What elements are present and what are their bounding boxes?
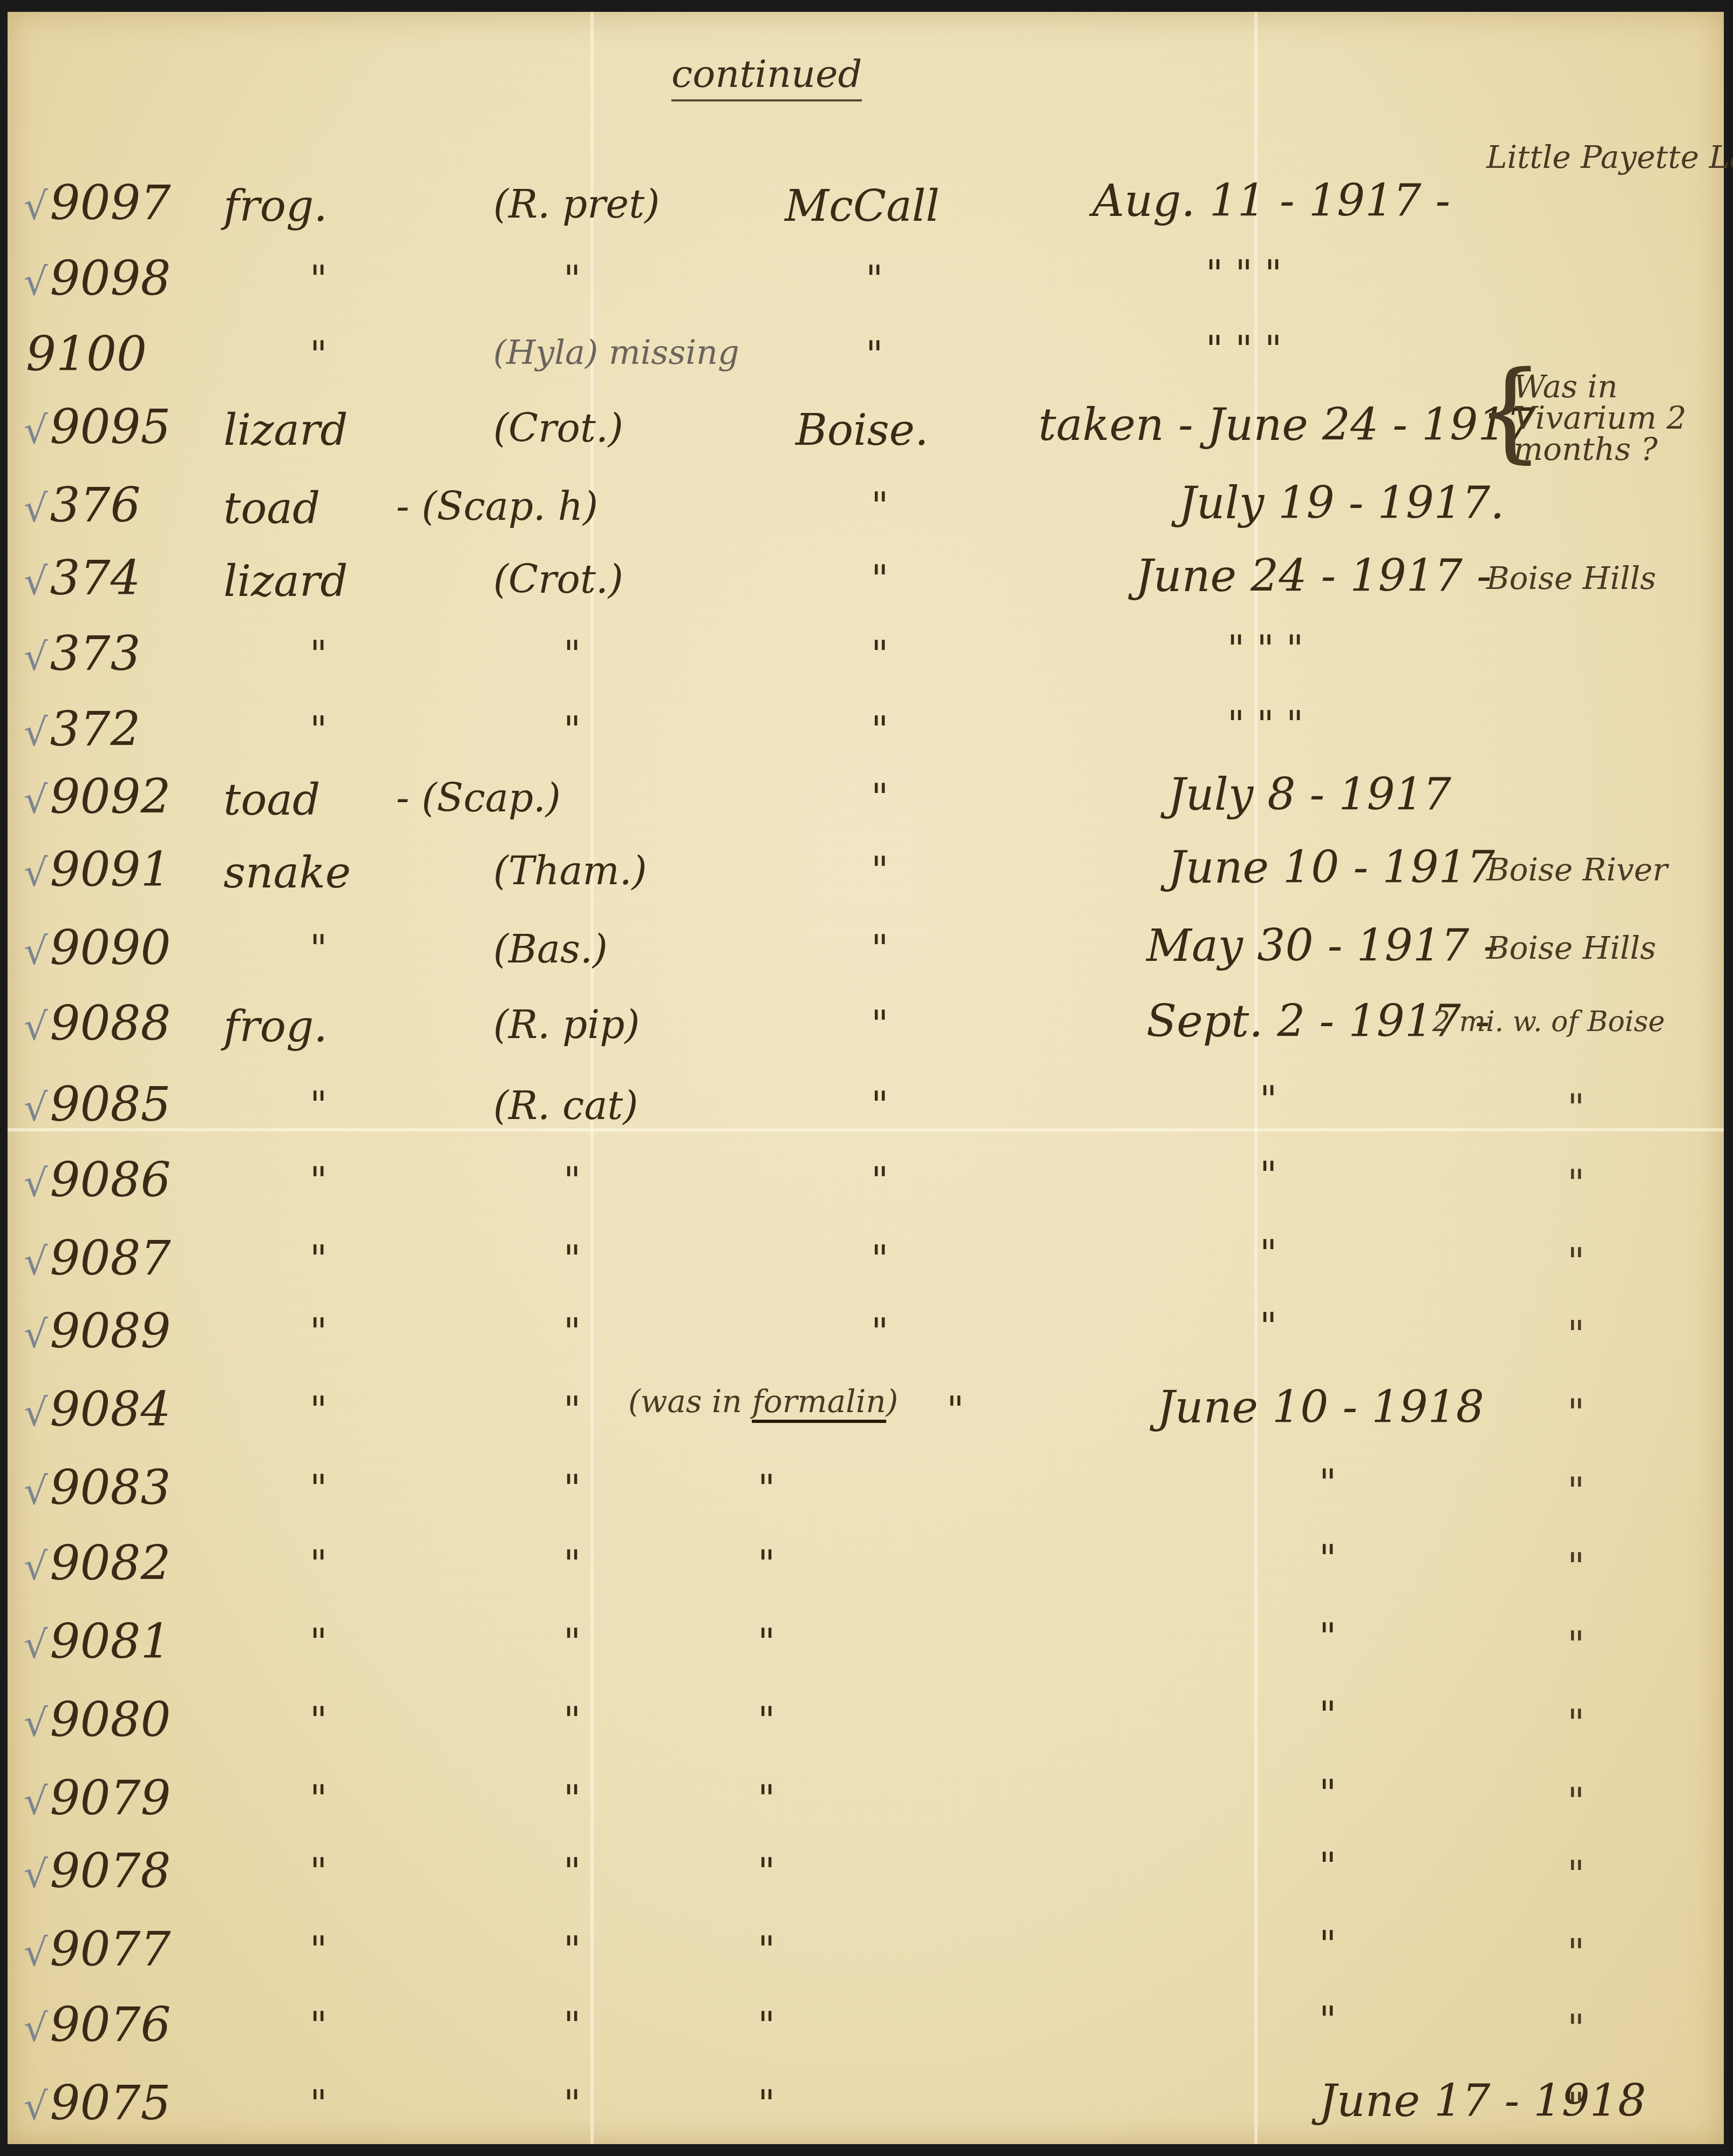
specimen-number: √9097 — [24, 179, 171, 227]
collection-location: McCall — [785, 185, 940, 228]
species-abbrev: " — [563, 1931, 581, 1969]
collection-date: " — [1319, 1618, 1336, 1656]
collection-date: Aug. 11 - 1917 - — [1092, 179, 1450, 223]
specimen-number-text: 9087 — [50, 1230, 171, 1286]
specimen-number-text: 9077 — [50, 1921, 171, 1977]
species-abbrev: (R. pret) — [493, 185, 660, 223]
specimen-number: √9087 — [24, 1235, 171, 1282]
checkmark-icon: √ — [24, 408, 48, 452]
specimen-number-text: 9090 — [50, 920, 171, 975]
collection-location: " — [866, 260, 883, 298]
collection-date: " — [1319, 1464, 1336, 1502]
collection-location: " — [871, 930, 888, 967]
collection-location: " — [871, 487, 888, 525]
collection-location: " — [758, 1780, 775, 1818]
checkmark-icon: √ — [24, 635, 48, 679]
specimen-number: √374 — [24, 554, 141, 602]
specimen-number-text: 372 — [50, 701, 141, 757]
collection-location: Boise. — [796, 409, 928, 452]
collection-date: " " " — [1206, 255, 1282, 293]
specimen-number-text: 9079 — [50, 1770, 171, 1826]
checkmark-icon: √ — [24, 1852, 48, 1896]
specimen-number: √9091 — [24, 846, 171, 893]
animal-type: " — [310, 635, 327, 673]
collection-date: July 8 - 1917 — [1168, 773, 1451, 817]
collection-date: " " " — [1206, 330, 1282, 368]
specimen-number: √9076 — [24, 2001, 171, 2049]
specimen-number: √9092 — [24, 773, 171, 821]
checkmark-icon: √ — [24, 1005, 48, 1049]
collection-date: " — [1260, 1156, 1277, 1194]
specimen-number: √373 — [24, 630, 141, 677]
specimen-number: √9089 — [24, 1307, 171, 1355]
specimen-number-text: 376 — [50, 477, 141, 533]
location-note: " — [1567, 1626, 1585, 1664]
species-abbrev: (Crot.) — [493, 560, 623, 599]
animal-type: " — [310, 1701, 327, 1739]
checkmark-icon: √ — [24, 1779, 48, 1823]
species-abbrev: " — [563, 635, 581, 673]
collection-date: taken - June 24 - 1917 — [1038, 403, 1534, 448]
checkmark-icon: √ — [24, 2084, 48, 2128]
checkmark-icon: √ — [24, 1312, 48, 1357]
collection-date: " " " — [1227, 706, 1303, 743]
collection-date: " — [1319, 1926, 1336, 1963]
specimen-number-text: 9085 — [50, 1076, 171, 1132]
collection-location: " — [871, 1086, 888, 1124]
collection-date: " " " — [1227, 630, 1303, 668]
fold-crease-vertical — [590, 12, 594, 2144]
collection-location: " — [871, 778, 888, 816]
collection-date: " — [1260, 1235, 1277, 1272]
animal-type: toad — [223, 778, 320, 822]
remark-text: (was in — [628, 1383, 752, 1420]
animal-type: toad — [223, 487, 320, 530]
specimen-number-text: 9076 — [50, 1997, 171, 2052]
species-abbrev: " — [563, 260, 581, 298]
collection-location: " — [871, 1240, 888, 1278]
checkmark-icon: √ — [24, 1391, 48, 1435]
specimen-number: √9081 — [24, 1618, 171, 1665]
specimen-number-text: 373 — [50, 626, 141, 681]
location-note: Boise Hills — [1486, 932, 1656, 964]
species-abbrev: (R. cat) — [493, 1086, 638, 1125]
animal-type: " — [310, 2085, 327, 2123]
species-abbrev: " — [563, 2085, 581, 2123]
specimen-number: √9083 — [24, 1464, 171, 1511]
specimen-number: √9078 — [24, 1847, 171, 1895]
checkmark-icon: √ — [24, 1930, 48, 1975]
collection-location: " — [758, 1623, 775, 1661]
location-note: " — [1567, 1089, 1585, 1127]
specimen-number: √9077 — [24, 1926, 171, 1973]
collection-date: May 30 - 1917 - — [1146, 924, 1498, 968]
species-abbrev: (R. pip) — [493, 1005, 640, 1044]
specimen-number-text: 9084 — [50, 1381, 171, 1437]
collection-date: " — [1319, 1696, 1336, 1734]
animal-type: snake — [223, 851, 351, 894]
collection-date: July 19 - 1917. — [1179, 482, 1504, 526]
page-title: continued — [671, 55, 862, 101]
checkmark-icon: √ — [24, 184, 48, 228]
species-abbrev: (Crot.) — [493, 409, 623, 448]
specimen-number-text: 9083 — [50, 1460, 171, 1515]
specimen-number: √9088 — [24, 1000, 171, 1047]
collection-location: " — [758, 1853, 775, 1890]
animal-type: " — [310, 260, 327, 298]
checkmark-icon: √ — [24, 1544, 48, 1589]
remark-text: ) — [886, 1383, 899, 1420]
location-note: " — [1567, 1243, 1585, 1280]
location-note: " — [1567, 1472, 1585, 1510]
location-note: " — [1567, 1704, 1585, 1742]
specimen-number: √9086 — [24, 1156, 171, 1204]
species-abbrev: (Tham.) — [493, 851, 647, 890]
collection-location: " — [871, 1162, 888, 1199]
animal-type: " — [310, 2006, 327, 2044]
checkmark-icon: √ — [24, 929, 48, 973]
animal-type: " — [310, 1391, 327, 1429]
collection-location: " — [758, 2085, 775, 2123]
specimen-number: √9079 — [24, 1774, 171, 1822]
location-note: " — [1567, 1316, 1585, 1353]
animal-type: " — [310, 1545, 327, 1583]
specimen-number-text: 9078 — [50, 1843, 171, 1899]
animal-type: " — [310, 1931, 327, 1969]
animal-type: " — [310, 930, 327, 967]
checkmark-icon: √ — [24, 486, 48, 531]
checkmark-icon: √ — [24, 778, 48, 822]
specimen-number: √9084 — [24, 1386, 171, 1433]
collection-location: " — [758, 1931, 775, 1969]
checkmark-icon: √ — [24, 559, 48, 604]
remark-formalin: (was in formalin) — [628, 1386, 898, 1417]
animal-type: " — [310, 1623, 327, 1661]
collection-location: " — [758, 1701, 775, 1739]
specimen-number: √376 — [24, 482, 141, 529]
species-abbrev: - (Scap. h) — [396, 487, 598, 526]
specimen-number-text: 9095 — [50, 399, 171, 455]
checkmark-icon: √ — [24, 1469, 48, 1513]
collection-date: " — [1260, 1307, 1277, 1345]
checkmark-icon: √ — [24, 1086, 48, 1130]
checkmark-icon: √ — [24, 1239, 48, 1284]
checkmark-icon: √ — [24, 851, 48, 895]
specimen-number-text: 9097 — [50, 175, 171, 230]
collection-location: " — [871, 635, 888, 673]
checkmark-icon: √ — [24, 710, 48, 755]
specimen-number: √9075 — [24, 2079, 171, 2127]
checkmark-icon: √ — [24, 260, 48, 304]
location-note: Little Payette Lake. — [1486, 141, 1733, 173]
collection-location: " — [947, 1391, 964, 1429]
collection-location: " — [758, 2006, 775, 2044]
specimen-number-text: 9086 — [50, 1152, 171, 1208]
animal-type: lizard — [223, 409, 348, 452]
species-abbrev: " — [563, 1313, 581, 1351]
fold-crease-horizontal — [8, 1128, 1724, 1131]
specimen-number-text: 9098 — [50, 250, 171, 306]
remark-emphasis: formalin — [752, 1383, 886, 1423]
animal-type: " — [310, 336, 327, 374]
specimen-number: √9080 — [24, 1696, 171, 1744]
checkmark-icon: √ — [24, 1161, 48, 1205]
collection-location: " — [871, 1313, 888, 1351]
collection-location: " — [758, 1545, 775, 1583]
species-abbrev: " — [563, 1623, 581, 1661]
species-abbrev: (Hyla) missing — [493, 336, 739, 369]
location-note: " — [1567, 1548, 1585, 1585]
specimen-number: 9100 — [24, 330, 147, 378]
specimen-number-text: 9082 — [50, 1535, 171, 1591]
species-abbrev: " — [563, 1162, 581, 1199]
collection-date: June 10 - 1917 — [1168, 846, 1495, 890]
species-abbrev: " — [563, 1545, 581, 1583]
collection-location: " — [866, 336, 883, 374]
checkmark-icon: √ — [24, 1701, 48, 1745]
animal-type: " — [310, 1469, 327, 1507]
species-abbrev: " — [563, 1469, 581, 1507]
specimen-number-text: 9075 — [50, 2075, 171, 2131]
collection-date: " — [1319, 1774, 1336, 1812]
specimen-number: √9098 — [24, 255, 171, 302]
specimen-number: √9090 — [24, 924, 171, 972]
species-abbrev: " — [563, 2006, 581, 2044]
location-note: " — [1567, 2009, 1585, 2047]
collection-location: " — [758, 1469, 775, 1507]
animal-type: " — [310, 711, 327, 749]
location-note: " — [1567, 2087, 1585, 2125]
checkmark-icon: √ — [24, 1623, 48, 1667]
collection-location: " — [871, 1005, 888, 1043]
curly-brace-icon: { — [1476, 357, 1544, 465]
specimen-number-text: 9091 — [50, 842, 171, 897]
collection-date: June 10 - 1918 — [1157, 1386, 1484, 1430]
collection-date: June 24 - 1917 - — [1136, 554, 1492, 599]
location-note: 2 mi. w. of Boise — [1432, 1008, 1665, 1036]
animal-type: " — [310, 1162, 327, 1199]
location-note: Boise Hills — [1486, 562, 1656, 594]
collection-location: " — [871, 560, 888, 598]
species-abbrev: " — [563, 1240, 581, 1278]
species-abbrev: " — [563, 711, 581, 749]
checkmark-icon: √ — [24, 2006, 48, 2050]
collection-date: " — [1319, 1540, 1336, 1577]
specimen-number-text: 9100 — [26, 326, 147, 382]
specimen-number-text: 9089 — [50, 1303, 171, 1359]
specimen-number-text: 9081 — [50, 1613, 171, 1669]
species-abbrev: " — [563, 1391, 581, 1429]
collection-location: " — [871, 711, 888, 749]
ledger-page: continued √9097frog.(R. pret)McCallAug. … — [8, 12, 1724, 2144]
specimen-number-text: 374 — [50, 550, 141, 606]
species-abbrev: " — [563, 1780, 581, 1818]
species-abbrev: (Bas.) — [493, 930, 608, 968]
location-note: " — [1567, 1782, 1585, 1820]
specimen-number: √9095 — [24, 403, 171, 451]
species-abbrev: " — [563, 1853, 581, 1890]
location-note: " — [1567, 1164, 1585, 1202]
specimen-number-text: 9088 — [50, 995, 171, 1051]
location-note: Boise River — [1486, 854, 1668, 885]
animal-type: frog. — [223, 1005, 328, 1048]
animal-type: " — [310, 1240, 327, 1278]
animal-type: frog. — [223, 185, 328, 228]
animal-type: " — [310, 1086, 327, 1124]
specimen-number-text: 9092 — [50, 769, 171, 824]
animal-type: lizard — [223, 560, 348, 603]
specimen-number: √9082 — [24, 1540, 171, 1587]
collection-date: " — [1319, 1847, 1336, 1885]
collection-location: " — [871, 851, 888, 889]
animal-type: " — [310, 1853, 327, 1890]
specimen-number: √9085 — [24, 1081, 171, 1128]
collection-date: " — [1319, 2001, 1336, 2039]
collection-date: June 17 - 1918 — [1319, 2079, 1646, 2124]
animal-type: " — [310, 1313, 327, 1351]
specimen-number-text: 9080 — [50, 1692, 171, 1747]
location-note: " — [1567, 1934, 1585, 1971]
location-note: " — [1567, 1855, 1585, 1893]
collection-date: " — [1260, 1081, 1277, 1118]
species-abbrev: " — [563, 1701, 581, 1739]
specimen-number: √372 — [24, 706, 141, 753]
species-abbrev: - (Scap.) — [396, 778, 561, 817]
location-note: " — [1567, 1394, 1585, 1432]
animal-type: " — [310, 1780, 327, 1818]
